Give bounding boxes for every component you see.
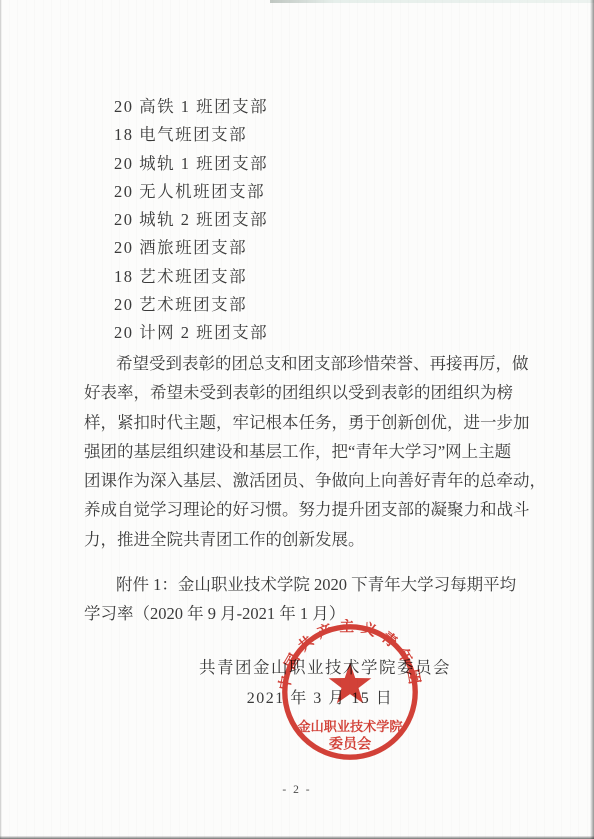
- paragraph-line: 样，紧扣时代主题，牢记根本任务，勇于创新创优，进一步加: [84, 408, 546, 437]
- body-paragraph: 希望受到表彰的团总支和团支部珍惜荣誉、再接再厉，做 好表率，希望未受到表彰的团组…: [84, 349, 546, 554]
- seal-star-icon: [329, 663, 372, 704]
- list-item: 20 艺术班团支部: [114, 291, 268, 319]
- branch-list: 20 高铁 1 班团支部 18 电气班团支部 20 城轨 1 班团支部 20 无…: [114, 93, 268, 348]
- attachment-line: 附件 1：金山职业技术学院 2020 下青年大学习每期平均: [84, 570, 516, 599]
- list-item: 20 城轨 1 班团支部: [114, 150, 268, 178]
- seal-graphic: 中国共产主义青年团 金山职业技术学院 委员会: [277, 619, 423, 765]
- paragraph-line: 团课作为深入基层、激活团员、争做向上向善好青年的总牵动，: [84, 466, 546, 495]
- seal-committee-text: 委员会: [329, 735, 371, 752]
- scan-edge-top: [270, 0, 594, 3]
- list-item: 20 无人机班团支部: [114, 178, 268, 206]
- scan-edge-right: [590, 0, 594, 839]
- paragraph-line: 强团的基层组织建设和基层工作，把“青年大学习”网上主题: [84, 437, 546, 466]
- paragraph-line: 好表率，希望未受到表彰的团组织以受到表彰的团组织为榜: [84, 378, 546, 407]
- scan-edge-left: [0, 0, 2, 839]
- list-item: 18 艺术班团支部: [114, 263, 268, 291]
- list-item: 20 计网 2 班团支部: [114, 319, 268, 347]
- scanned-document-page: 20 高铁 1 班团支部 18 电气班团支部 20 城轨 1 班团支部 20 无…: [0, 0, 594, 839]
- paragraph-line: 力，推进全院共青团工作的创新发展。: [84, 525, 546, 554]
- list-item: 20 城轨 2 班团支部: [114, 206, 268, 234]
- seal-institution-text: 金山职业技术学院: [298, 718, 404, 734]
- official-seal-stamp: 中国共产主义青年团 金山职业技术学院 委员会: [277, 619, 423, 765]
- list-item: 20 高铁 1 班团支部: [114, 93, 268, 121]
- list-item: 20 酒旅班团支部: [114, 234, 268, 262]
- page-number: - 2 -: [0, 784, 594, 796]
- paragraph-line: 希望受到表彰的团总支和团支部珍惜荣誉、再接再厉，做: [84, 349, 546, 378]
- list-item: 18 电气班团支部: [114, 121, 268, 149]
- paragraph-line: 养成自觉学习理论的好习惯。努力提升团支部的凝聚力和战斗: [84, 495, 546, 524]
